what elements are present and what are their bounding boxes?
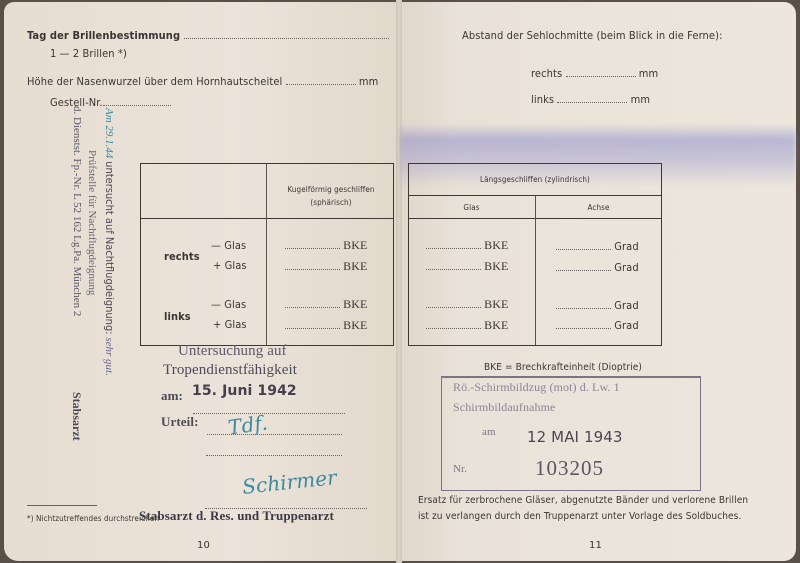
bke-field: BKE — [285, 318, 367, 333]
xray-number-label: Nr. — [453, 463, 467, 475]
col-glass: Glas — [408, 203, 535, 212]
bke-field: BKE — [285, 238, 367, 253]
table-divider — [535, 196, 536, 345]
night-flight-stamp-line2: Prüfstelle für Nachtflugdeignung — [86, 150, 98, 295]
replacement-note-line2: ist zu verlangen durch den Truppenarzt u… — [418, 511, 741, 522]
pd-left-field: links mm — [531, 93, 650, 106]
xray-date-value: 12 MAI 1943 — [527, 428, 623, 446]
spherical-header: Kugelförmig geschliffen(sphärisch) — [270, 183, 392, 209]
row-label-right: rechts — [164, 250, 200, 263]
tropical-date-label: am: — [161, 388, 183, 404]
page-number-right: 11 — [589, 540, 602, 551]
xray-number-value: 103205 — [535, 456, 604, 481]
xray-stamp-line2: Schirmbildaufnahme — [453, 400, 555, 415]
minus-glass-right: — Glas — [211, 239, 246, 252]
xray-stamp-line1: Rö.-Schirmbildzug (mot) d. Lw. 1 — [453, 380, 620, 395]
nose-height-field: Höhe der Nasenwurzel über dem Hornhautsc… — [27, 75, 378, 88]
verdict-label: Urteil: — [161, 414, 199, 430]
pd-right-field: rechts mm — [531, 67, 658, 80]
night-flight-stamp-line1: Am 29.1.44 untersucht auf Nachtflugdeign… — [103, 108, 116, 376]
cyl-bke-field: BKE — [426, 238, 508, 253]
signer-title: Stabsarzt d. Res. und Truppenarzt — [139, 508, 334, 524]
date-line — [193, 404, 345, 417]
row-label-left: links — [164, 310, 191, 323]
minus-glass-left: — Glas — [211, 298, 246, 311]
book-gutter — [396, 0, 402, 563]
verdict-line — [207, 425, 342, 438]
table-divider — [140, 218, 394, 219]
footnote: *) Nichtzutreffendes durchstreichen — [27, 514, 159, 523]
glasses-count: 1 — 2 Brillen *) — [50, 47, 127, 60]
axis-field: Grad — [556, 261, 639, 274]
tropical-stamp-line2: Tropendienstfähigkeit — [163, 362, 297, 379]
bke-field: BKE — [285, 297, 367, 312]
plus-glass-right: + Glas — [213, 259, 247, 272]
tropical-stamp-line1: Untersuchung auf — [178, 343, 287, 360]
axis-field: Grad — [556, 240, 639, 253]
col-axis: Achse — [535, 203, 662, 212]
cyl-bke-field: BKE — [426, 259, 508, 274]
axis-field: Grad — [556, 319, 639, 332]
cylindrical-header: Längsgeschliffen (zylindrisch) — [408, 175, 662, 184]
night-flight-stamp-line3: d. Dienstst. Fp.-Nr. L 52 162 Lg.Pa. Mün… — [71, 106, 83, 316]
cyl-bke-field: BKE — [426, 318, 508, 333]
replacement-note-line1: Ersatz für zerbrochene Gläser, abgenutzt… — [418, 495, 748, 506]
cyl-bke-field: BKE — [426, 297, 508, 312]
pupillary-distance-label: Abstand der Sehlochmitte (beim Blick in … — [462, 29, 723, 42]
verdict-line-2 — [206, 446, 342, 459]
axis-field: Grad — [556, 299, 639, 312]
page-number-left: 10 — [197, 540, 210, 551]
plus-glass-left: + Glas — [213, 318, 247, 331]
tropical-date-value: 15. Juni 1942 — [192, 383, 297, 399]
stabsarzt-stamp: Stabsarzt — [69, 392, 84, 441]
bke-legend: BKE = Brechkrafteinheit (Dioptrie) — [484, 362, 642, 373]
footnote-rule — [27, 505, 97, 506]
bke-field: BKE — [285, 259, 367, 274]
table-divider — [266, 163, 267, 345]
xray-date-label: am — [482, 426, 496, 438]
date-of-eyeglass-determination-label: Tag der Brillenbestimmung — [27, 29, 389, 42]
